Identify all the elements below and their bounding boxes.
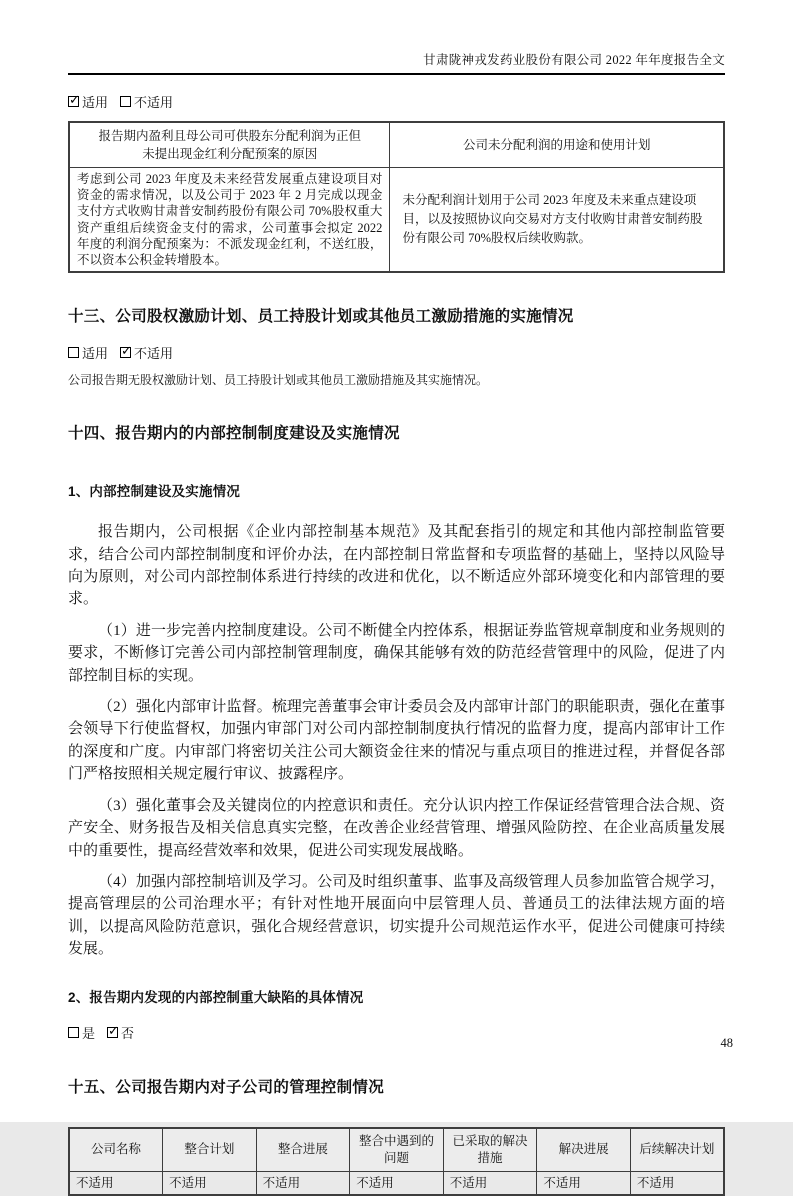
table-header-cell: 整合中遇到的问题 [350,1128,444,1172]
yes-option: 是 [68,1023,95,1042]
table-cell: 不适用 [256,1171,350,1195]
table-header-cell: 整合进展 [256,1128,350,1172]
paragraph: （2）强化内部审计监督。梳理完善董事会审计委员会及内部审计部门的职能职责，强化在… [68,696,725,786]
not-applicable-label: 不适用 [134,92,173,111]
table-header-cell: 公司未分配利润的用途和使用计划 [390,122,724,168]
section13-note: 公司报告期无股权激励计划、员工持股计划或其他员工激励措施及其实施情况。 [68,371,725,388]
table-header-cell: 已采取的解决措施 [443,1128,537,1172]
paragraph: （3）强化董事会及关键岗位的内控意识和责任。充分认识内控工作保证经营管理合法合规… [68,795,725,862]
applicable-option: 适用 [68,92,108,111]
dividend-reason-table: 报告期内盈利且母公司可供股东分配利润为正但未提出现金红利分配预案的原因 公司未分… [68,121,725,273]
no-label: 否 [121,1023,134,1042]
checkbox-unchecked-icon [68,347,79,358]
table-header-cell: 解决进展 [537,1128,631,1172]
table-header-row: 报告期内盈利且母公司可供股东分配利润为正但未提出现金红利分配预案的原因 公司未分… [69,122,724,168]
checkbox-unchecked-icon [68,1027,79,1038]
table-row: 考虑到公司 2023 年度及未来经营发展重点建设项目对资金的需求情况，以及公司于… [69,168,724,273]
dividend-applicability-row: 适用 不适用 [68,92,725,111]
table-cell: 不适用 [630,1171,724,1195]
table-cell-usage: 未分配利润计划用于公司 2023 年度及未来重点建设项目，以及按照协议向交易对方… [390,168,724,273]
report-page: 甘肃陇神戎发药业股份有限公司 2022 年年度报告全文 适用 不适用 报告期内盈… [0,0,793,1122]
table-cell: 不适用 [350,1171,444,1195]
table-row: 不适用 不适用 不适用 不适用 不适用 不适用 不适用 [69,1171,724,1195]
section-13-title: 十三、公司股权激励计划、员工持股计划或其他员工激励措施的实施情况 [68,304,725,326]
table-header-cell: 公司名称 [69,1128,163,1172]
paragraph: （4）加强内部控制培训及学习。公司及时组织董事、监事及高级管理人员参加监管合规学… [68,871,725,961]
checkbox-checked-icon [120,347,131,358]
section-15-title: 十五、公司报告期内对子公司的管理控制情况 [68,1075,725,1097]
section14-sub1-title: 1、内部控制建设及实施情况 [68,480,725,500]
checkbox-unchecked-icon [120,96,131,107]
page-number: 48 [721,1036,734,1051]
major-defect-row: 是 否 [68,1023,725,1042]
checkbox-checked-icon [107,1027,118,1038]
applicable-option: 适用 [68,343,108,362]
not-applicable-label: 不适用 [134,343,173,362]
no-option: 否 [107,1023,134,1042]
table-header-cell: 整合计划 [163,1128,257,1172]
subsidiary-control-table: 公司名称 整合计划 整合进展 整合中遇到的问题 已采取的解决措施 解决进展 后续… [68,1127,725,1196]
applicable-label: 适用 [82,343,108,362]
not-applicable-option: 不适用 [120,343,173,362]
table-header-row: 公司名称 整合计划 整合进展 整合中遇到的问题 已采取的解决措施 解决进展 后续… [69,1128,724,1172]
not-applicable-option: 不适用 [120,92,173,111]
table-header-cell: 后续解决计划 [630,1128,724,1172]
paragraph: （1）进一步完善内控制度建设。公司不断健全内控体系，根据证券监管规章制度和业务规… [68,620,725,687]
table-cell: 不适用 [443,1171,537,1195]
applicable-label: 适用 [82,92,108,111]
report-header-title: 甘肃陇神戎发药业股份有限公司 2022 年年度报告全文 [68,50,725,68]
page-header: 甘肃陇神戎发药业股份有限公司 2022 年年度报告全文 [68,50,725,75]
table-cell: 不适用 [69,1171,163,1195]
checkbox-checked-icon [68,96,79,107]
table-cell: 不适用 [163,1171,257,1195]
table-cell-reason: 考虑到公司 2023 年度及未来经营发展重点建设项目对资金的需求情况，以及公司于… [69,168,390,273]
section14-sub2-title: 2、报告期内发现的内部控制重大缺陷的具体情况 [68,986,725,1006]
yes-label: 是 [82,1023,95,1042]
table-header-cell: 报告期内盈利且母公司可供股东分配利润为正但未提出现金红利分配预案的原因 [69,122,390,168]
section-14-title: 十四、报告期内的内部控制制度建设及实施情况 [68,421,725,443]
paragraph: 报告期内，公司根据《企业内部控制基本规范》及其配套指引的规定和其他内部控制监管要… [68,521,725,611]
section13-applicability-row: 适用 不适用 [68,343,725,362]
table-cell: 不适用 [537,1171,631,1195]
